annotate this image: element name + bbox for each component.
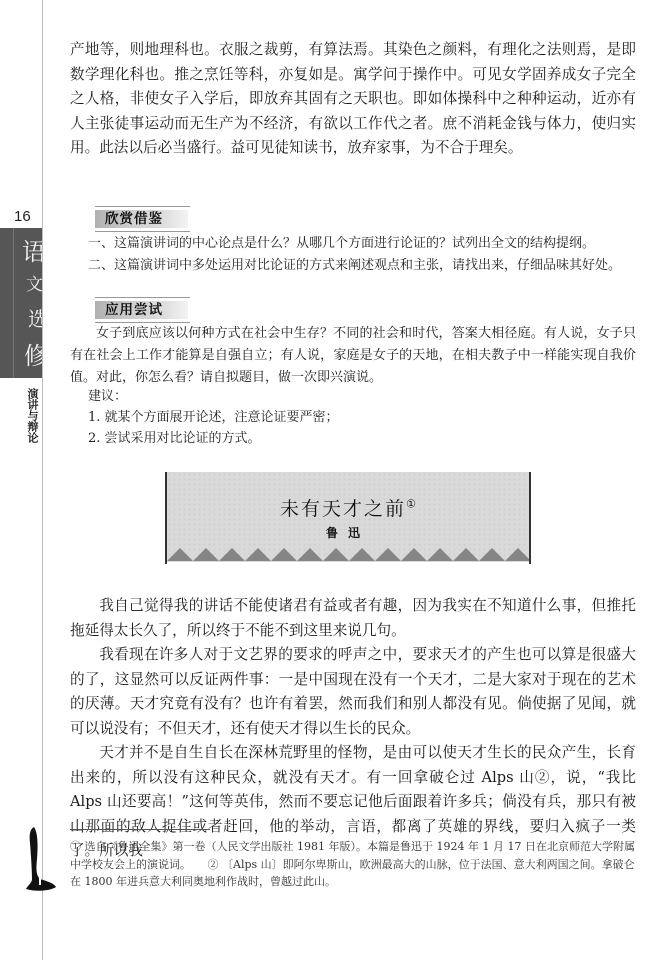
article-author: 鲁迅 [165, 524, 531, 541]
article-paragraph: 我自己觉得我的讲话不能使诸君有益或者有趣，因为我实在不知道什么事，但推托拖延得太… [70, 594, 636, 643]
footnote-separator [70, 829, 210, 830]
section-badge: 欣赏借鉴 [95, 210, 188, 228]
article-title-box: 未有天才之前① 鲁迅 [165, 472, 531, 564]
suggestion-label: 建议： [88, 387, 127, 407]
footnotes: ① 选自《鲁迅全集》第一卷（人民文学出版社 1981 年版）。本篇是鲁迅于 19… [70, 838, 636, 891]
suggestion-item: 2. 尝试采用对比论证的方式。 [88, 429, 261, 449]
practice-prompt: 女子到底应该以何种方式在社会中生存？不同的社会和时代，答案大相径庭。有人说，女子… [70, 323, 636, 389]
zigzag-border [167, 548, 529, 562]
section-badge: 应用尝试 [95, 301, 188, 319]
side-tab-block: 语 文 选 修 [0, 228, 42, 378]
side-tab-char: 语 [22, 232, 42, 267]
side-tab-stripe [13, 228, 14, 378]
section-header-practice: 应用尝试 [95, 297, 190, 323]
side-tab-char: 选 [28, 303, 42, 332]
side-tab-char: 文 [26, 270, 42, 295]
section-label: 欣赏借鉴 [105, 210, 163, 228]
top-passage: 产地等，则地理科也。衣服之裁剪，有算法焉。其染色之颜料，有理化之法则焉，是即数学… [70, 38, 636, 161]
side-tab-subtitle: 演讲与辩论 [25, 388, 39, 443]
question-item: 二、这篇演讲词中多处运用对比论证的方式来阐述观点和主张，请找出来，仔细品味其好处… [88, 256, 621, 276]
article-title: 未有天才之前① [165, 494, 531, 521]
footnote-marker[interactable]: ① [406, 498, 416, 511]
page-corner-ornament-icon [22, 825, 58, 897]
section-header-appreciation: 欣赏借鉴 [95, 206, 190, 232]
question-item: 一、这篇演讲词的中心论点是什么？从哪几个方面进行论证的？试列出全文的结构提纲。 [88, 234, 595, 254]
page-number: 16 [14, 208, 31, 225]
section-label: 应用尝试 [105, 301, 163, 319]
suggestion-item: 1. 就某个方面展开论述，注意论证要严密； [88, 408, 339, 428]
article-paragraph: 我看现在许多人对于文艺界的要求的呼声之中，要求天才的产生也可以算是很盛大的了，这… [70, 643, 636, 741]
article-title-text: 未有天才之前 [280, 498, 406, 520]
page-margin-rule [42, 0, 43, 960]
side-tab-char: 修 [24, 336, 42, 371]
